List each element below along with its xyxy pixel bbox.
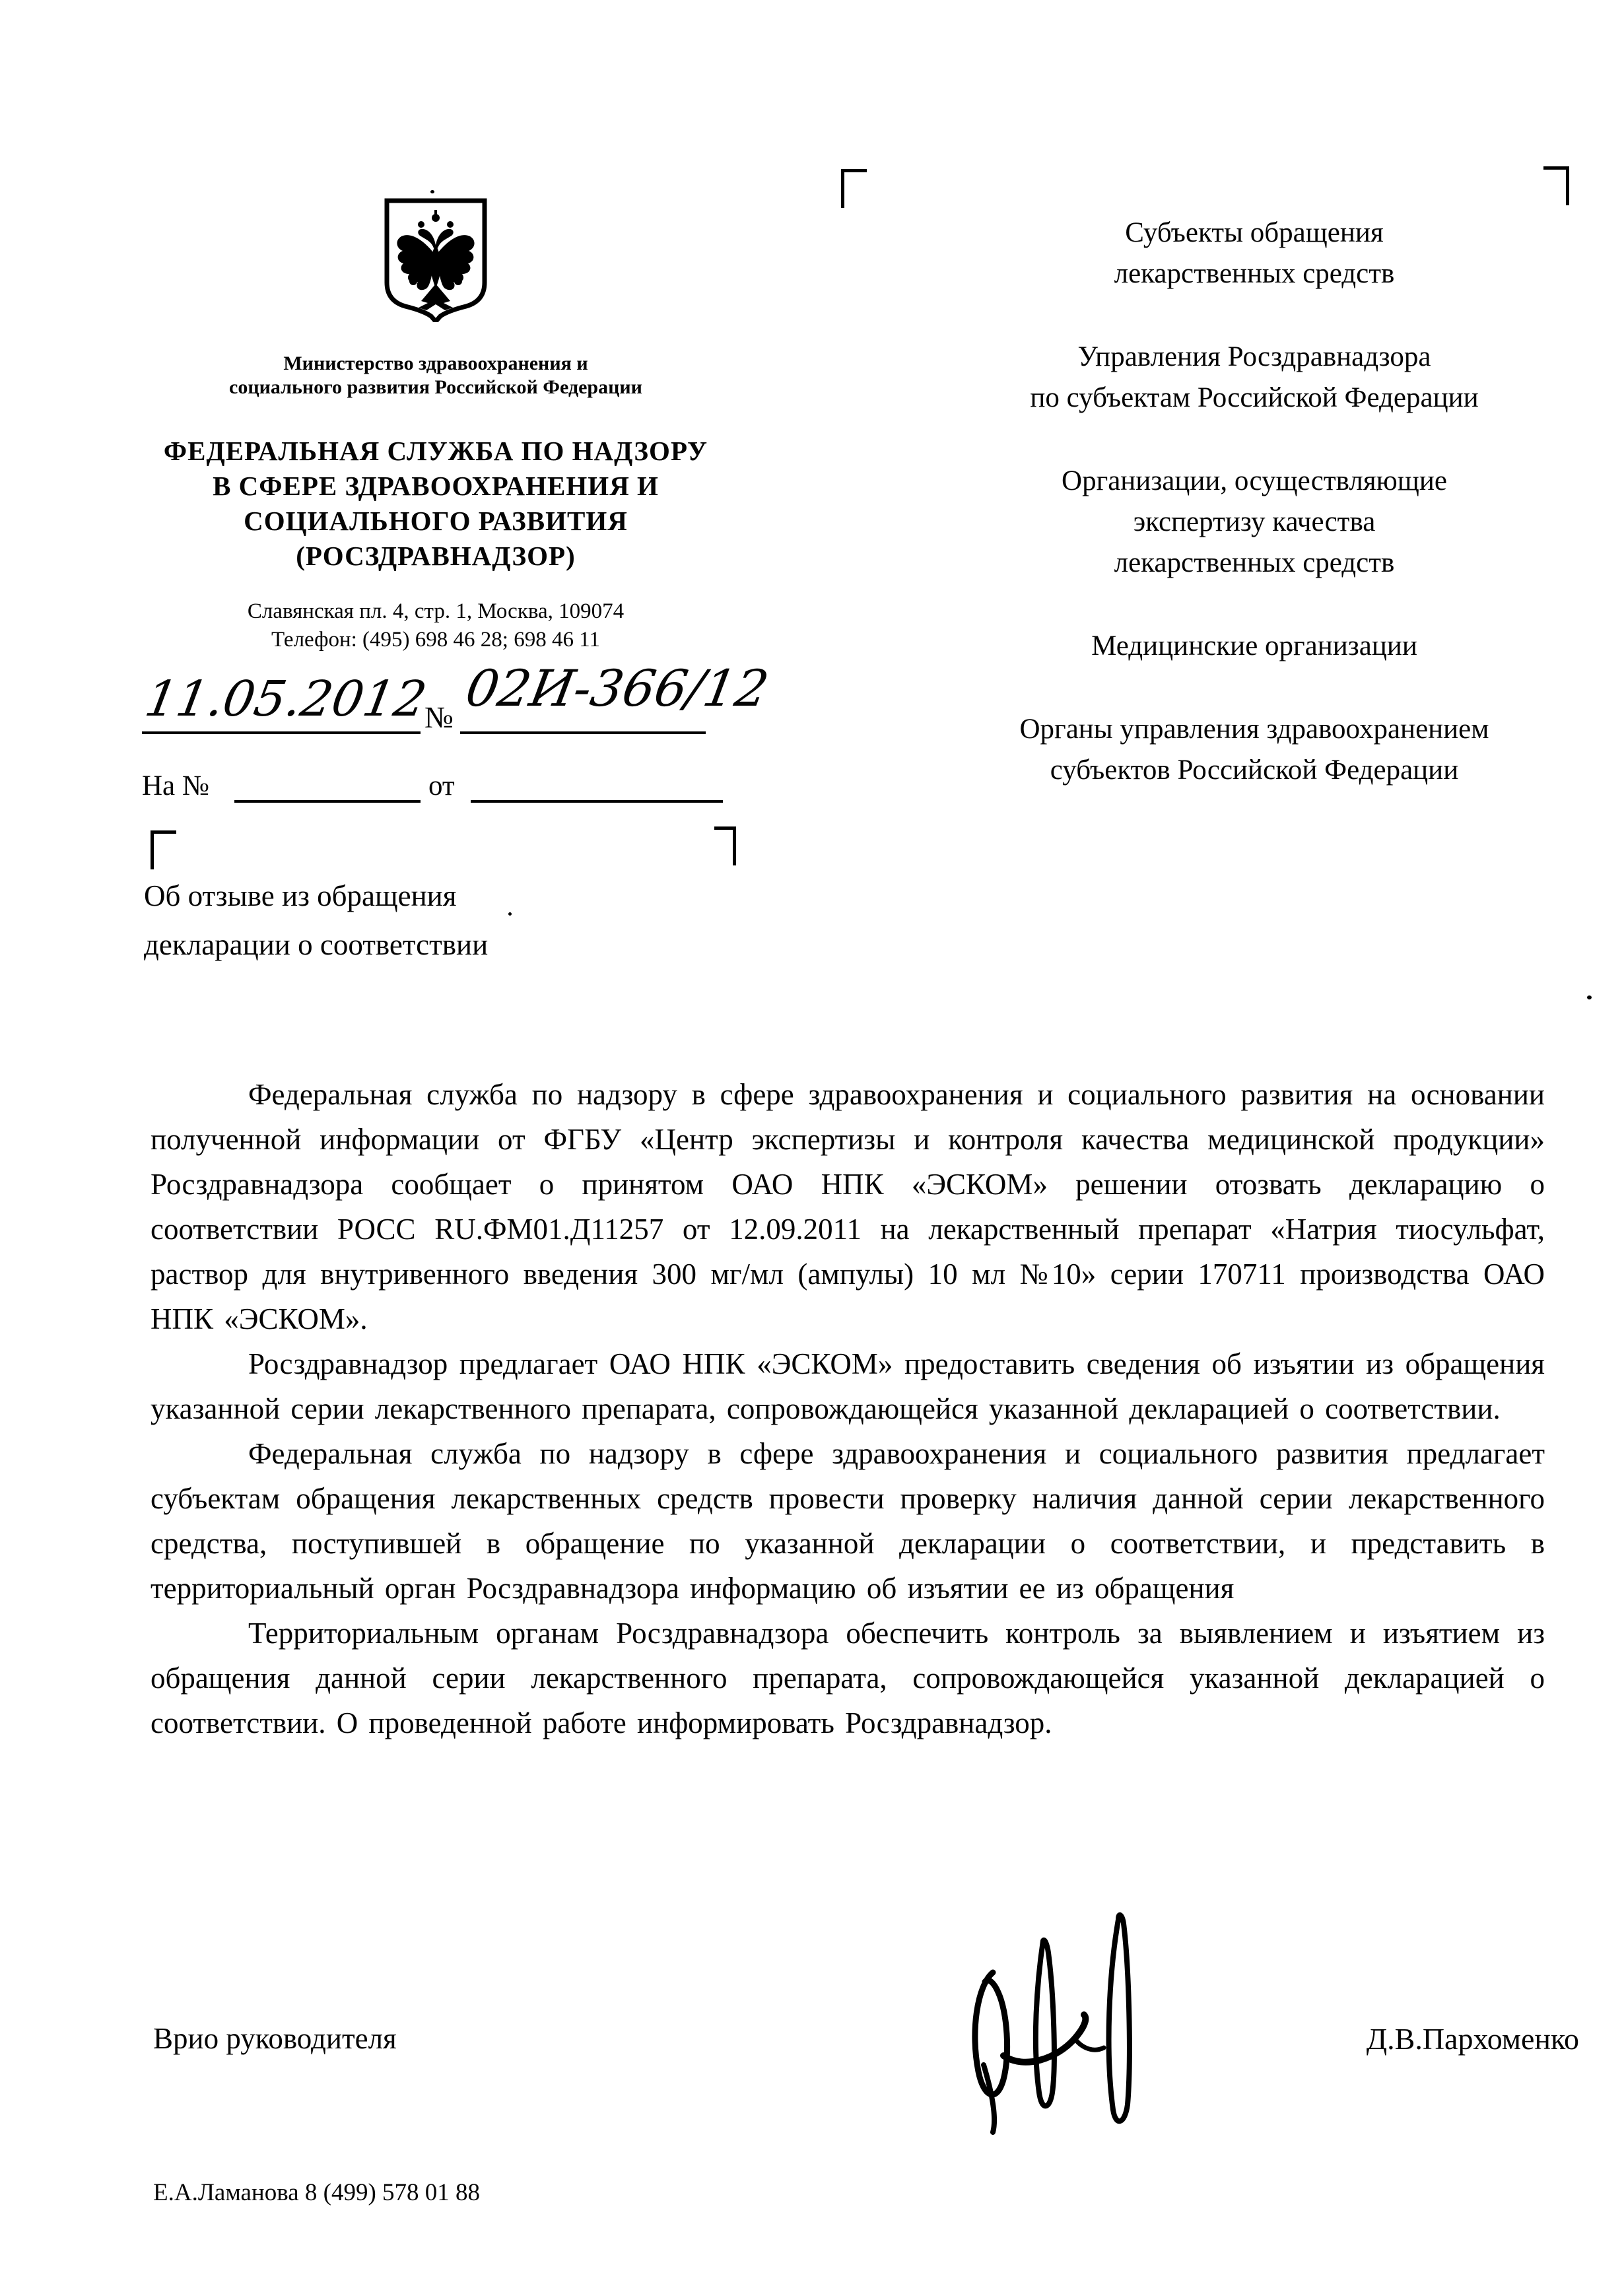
reply-reference-row: На № от bbox=[142, 770, 802, 823]
service-line: ФЕДЕРАЛЬНАЯ СЛУЖБА ПО НАДЗОРУ bbox=[119, 434, 753, 469]
recipient-group: Управления Росздравнадзора по субъектам … bbox=[937, 337, 1571, 419]
recipient-line: по субъектам Российской Федерации bbox=[937, 378, 1571, 419]
address-line: Славянская пл. 4, стр. 1, Москва, 109074 bbox=[119, 597, 753, 626]
recipient-group: Медицинские организации bbox=[937, 626, 1571, 667]
body-paragraph: Росздравнадзор предлагает ОАО НПК «ЭСКОМ… bbox=[151, 1341, 1545, 1431]
scanned-letter-page: Министерство здравоохранения и социально… bbox=[0, 0, 1624, 2290]
service-line: СОЦИАЛЬНОГО РАЗВИТИЯ bbox=[119, 504, 753, 539]
scan-speck bbox=[508, 912, 512, 916]
recipient-line: лекарственных средств bbox=[937, 543, 1571, 584]
recipient-line: Субъекты обращения bbox=[937, 213, 1571, 253]
recipients-column: Субъекты обращения лекарственных средств… bbox=[937, 213, 1571, 833]
corner-mark-subject-right bbox=[714, 826, 736, 865]
subject-block: Об отзыве из обращения декларации о соот… bbox=[144, 871, 738, 969]
emblem-wrap bbox=[382, 197, 490, 325]
body-paragraph: Федеральная служба по надзору в сфере зд… bbox=[151, 1431, 1545, 1611]
ministry-name: Министерство здравоохранения и социально… bbox=[119, 352, 753, 399]
recipient-group: Органы управления здравоохранением субъе… bbox=[937, 709, 1571, 791]
letter-body: Федеральная служба по надзору в сфере зд… bbox=[151, 1072, 1545, 1745]
subject-line: Об отзыве из обращения bbox=[144, 871, 738, 920]
signer-position: Врио руководителя bbox=[153, 2021, 397, 2056]
recipient-line: Управления Росздравнадзора bbox=[937, 337, 1571, 378]
handwritten-date: 11.05.2012 bbox=[141, 671, 430, 727]
signer-name: Д.В.Пархоменко bbox=[1188, 2021, 1579, 2056]
recipient-line: Органы управления здравоохранением bbox=[937, 709, 1571, 750]
service-line: (РОСЗДРАВНАДЗОР) bbox=[119, 539, 753, 574]
phone-line: Телефон: (495) 698 46 28; 698 46 11 bbox=[119, 626, 753, 654]
ministry-line: Министерство здравоохранения и bbox=[119, 352, 753, 376]
corner-mark-top-right bbox=[1543, 166, 1569, 205]
recipient-line: субъектов Российской Федерации bbox=[937, 750, 1571, 791]
recipient-line: экспертизу качества bbox=[937, 502, 1571, 543]
reply-number-blank-line bbox=[234, 800, 421, 803]
reply-date-blank-line bbox=[471, 800, 723, 803]
ministry-line: социального развития Российской Федераци… bbox=[119, 376, 753, 399]
service-name: ФЕДЕРАЛЬНАЯ СЛУЖБА ПО НАДЗОРУ В СФЕРЕ ЗД… bbox=[119, 434, 753, 574]
recipient-line: Медицинские организации bbox=[937, 626, 1571, 667]
handwritten-signature bbox=[945, 1900, 1163, 2138]
executor-contact: Е.А.Ламанова 8 (499) 578 01 88 bbox=[153, 2178, 480, 2207]
reply-number-label: На № bbox=[142, 770, 209, 802]
corner-mark-top-left bbox=[841, 169, 867, 208]
number-sign: № bbox=[424, 700, 454, 735]
service-line: В СФЕРЕ ЗДРАВООХРАНЕНИЯ И bbox=[119, 469, 753, 504]
letterhead-contacts: Славянская пл. 4, стр. 1, Москва, 109074… bbox=[119, 597, 753, 654]
date-blank-line bbox=[142, 731, 421, 734]
body-paragraph: Федеральная служба по надзору в сфере зд… bbox=[151, 1072, 1545, 1341]
handwritten-outgoing-number: 02И-366/12 bbox=[461, 659, 773, 718]
coat-of-arms-russia-icon bbox=[382, 197, 490, 322]
body-paragraph: Территориальным органам Росздравнадзора … bbox=[151, 1611, 1545, 1745]
recipient-line: Организации, осуществляющие bbox=[937, 461, 1571, 502]
scan-speck bbox=[1587, 995, 1592, 999]
subject-line: декларации о соответствии bbox=[144, 920, 738, 969]
scan-speck bbox=[430, 190, 434, 193]
reply-from-label: от bbox=[428, 770, 455, 802]
letterhead: Министерство здравоохранения и социально… bbox=[119, 197, 753, 654]
recipient-group: Организации, осуществляющие экспертизу к… bbox=[937, 461, 1571, 584]
corner-mark-subject-left bbox=[151, 830, 176, 869]
number-blank-line bbox=[460, 731, 706, 734]
recipient-line: лекарственных средств bbox=[937, 253, 1571, 294]
recipient-group: Субъекты обращения лекарственных средств bbox=[937, 213, 1571, 294]
